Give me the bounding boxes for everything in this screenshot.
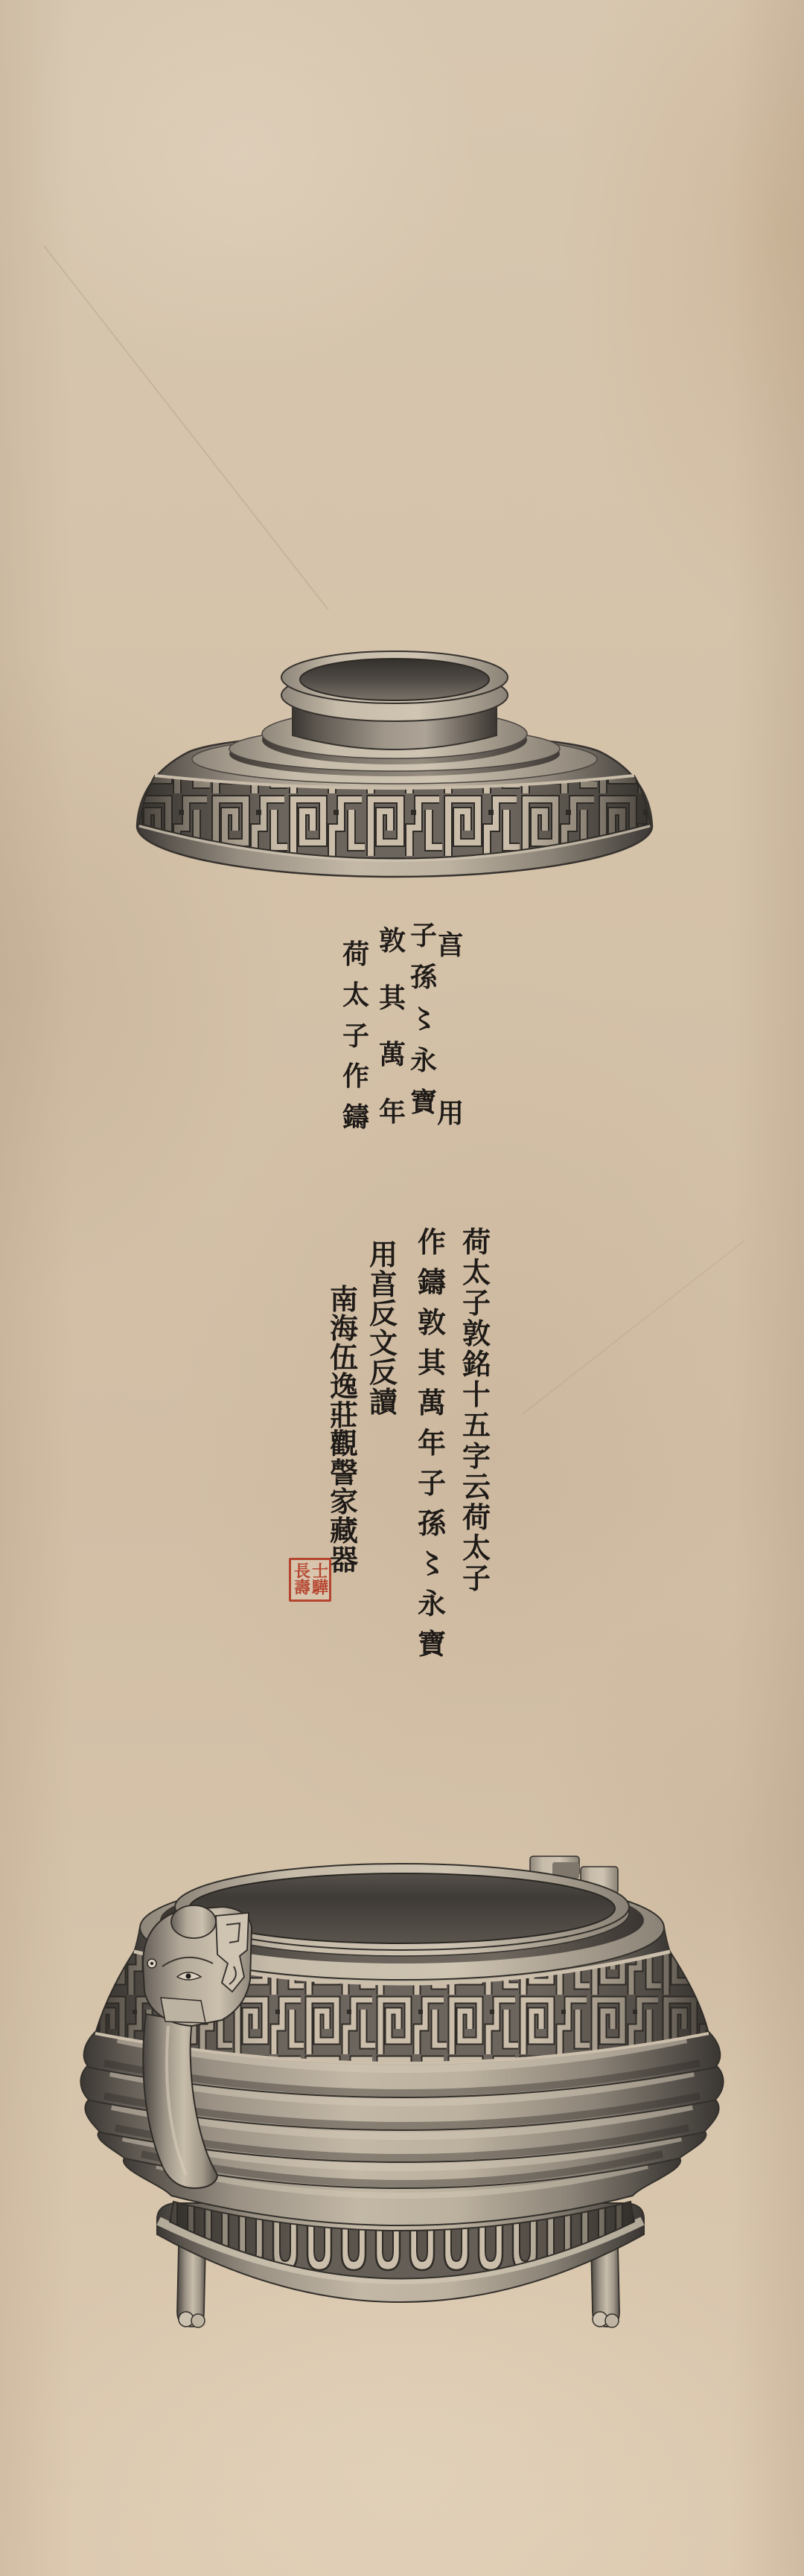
glyph: 其 xyxy=(379,985,406,1012)
glyph: 敦 xyxy=(379,928,406,955)
glyph: 器 xyxy=(330,1546,358,1574)
glyph: 〻 xyxy=(418,1550,446,1578)
handle-crest xyxy=(171,1905,216,1938)
glyph: 藏 xyxy=(330,1517,358,1545)
vessel-gui-drawing xyxy=(74,1838,730,2345)
glyph: 作 xyxy=(418,1228,446,1256)
glyph: 太 xyxy=(342,982,369,1009)
glyph: 文 xyxy=(369,1329,398,1358)
colophon-column-3: 用亯反文反讀 xyxy=(363,1241,403,1416)
glyph: 字 xyxy=(462,1442,491,1471)
glyph: 太 xyxy=(462,1534,491,1562)
glyph: 其 xyxy=(418,1349,446,1377)
bronze-inscription-column: 敦其萬年 xyxy=(375,928,409,1126)
glyph: 荷 xyxy=(342,942,369,968)
glyph: 鑄 xyxy=(418,1268,446,1297)
glyph: 反 xyxy=(369,1300,398,1328)
paper-crease xyxy=(521,1240,745,1416)
glyph: 荷 xyxy=(462,1228,491,1256)
glyph: 子 xyxy=(462,1289,491,1317)
glyph: 謦 xyxy=(330,1459,358,1487)
glyph: 伍 xyxy=(330,1343,358,1372)
glyph: 家 xyxy=(330,1488,358,1516)
glyph: 荷 xyxy=(462,1503,491,1532)
glyph: 孫 xyxy=(418,1509,446,1538)
glyph: 逸 xyxy=(330,1372,358,1401)
glyph: 觀 xyxy=(330,1430,358,1458)
glyph: 海 xyxy=(330,1314,358,1343)
glyph: 子 xyxy=(462,1565,491,1593)
glyph: 子 xyxy=(418,1469,446,1498)
glyph: 五 xyxy=(462,1411,491,1439)
glyph: 反 xyxy=(369,1358,398,1387)
colophon-column-4: 南海伍逸莊觀謦家藏器 xyxy=(324,1285,364,1574)
glyph: 太 xyxy=(462,1259,491,1287)
paper-crease xyxy=(43,246,328,610)
colophon-column-2: 作鑄敦其萬年子孫〻永寶 xyxy=(412,1228,452,1658)
glyph: 敦 xyxy=(462,1320,491,1348)
glyph: 云 xyxy=(462,1473,491,1501)
lid-knob xyxy=(281,651,508,750)
vessel-lid-drawing xyxy=(127,640,670,893)
glyph: 子 xyxy=(342,1023,369,1050)
glyph: 寶 xyxy=(418,1630,446,1658)
glyph: 亯 xyxy=(437,933,464,959)
glyph: 南 xyxy=(330,1285,358,1314)
hanging-scroll-painting: 荷太子作鑄 敦其萬年 子孫〻永寶 亯用 荷太子敦銘十五字云荷太子 作鑄敦其萬年子… xyxy=(0,0,804,2576)
glyph: 用 xyxy=(437,1101,464,1128)
glyph: 永 xyxy=(418,1590,446,1618)
glyph: 年 xyxy=(379,1099,406,1126)
bronze-inscription-column: 亯用 xyxy=(433,933,468,1128)
bronze-inscription-column: 荷太子作鑄 xyxy=(339,942,373,1131)
colophon-column-1: 荷太子敦銘十五字云荷太子 xyxy=(456,1228,497,1593)
glyph: 莊 xyxy=(330,1402,358,1430)
glyph: 萬 xyxy=(379,1042,406,1069)
glyph: 作 xyxy=(342,1064,369,1090)
glyph: 銘 xyxy=(462,1350,491,1378)
red-seal: 士驊長壽 xyxy=(289,1558,331,1602)
glyph: 敦 xyxy=(418,1308,446,1337)
glyph: 年 xyxy=(418,1429,446,1457)
glyph: 十 xyxy=(462,1381,491,1409)
glyph: 萬 xyxy=(418,1389,446,1417)
seal-text: 士驊長壽 xyxy=(293,1562,328,1598)
glyph: 鑄 xyxy=(342,1105,369,1131)
glyph: 讀 xyxy=(369,1388,398,1416)
glyph: 亯 xyxy=(369,1271,398,1299)
glyph: 用 xyxy=(369,1241,398,1269)
